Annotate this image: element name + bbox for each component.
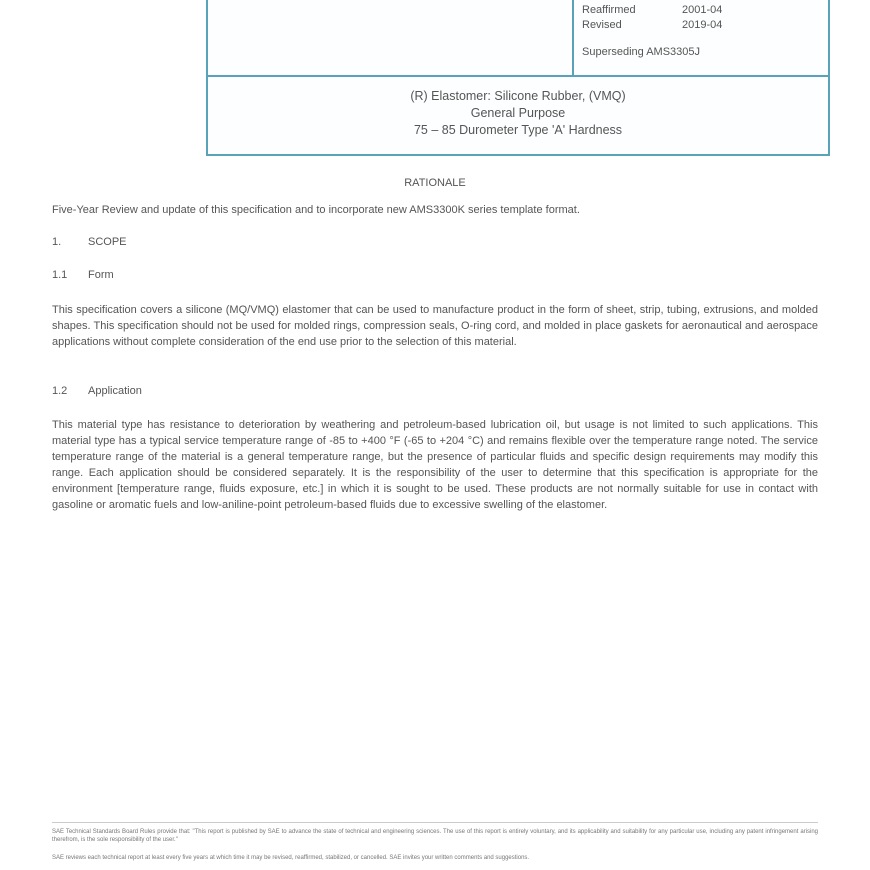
section-application-heading: 1.2Application <box>52 385 142 397</box>
section-form-text: This specification covers a silicone (MQ… <box>52 302 818 350</box>
meta-reaffirmed: Reaffirmed 2001-04 <box>582 4 722 19</box>
meta-revised: Revised 2019-04 <box>582 19 722 34</box>
footer-divider <box>52 822 818 823</box>
header-divider <box>572 0 574 75</box>
header-meta: Reaffirmed 2001-04 Revised 2019-04 Super… <box>582 4 722 58</box>
section-scope-heading: 1.SCOPE <box>52 236 127 248</box>
header-top-section <box>208 0 828 77</box>
footer-review-note: SAE reviews each technical report at lea… <box>52 854 818 862</box>
superseding-note: Superseding AMS3305J <box>582 46 722 58</box>
document-title: (R) Elastomer: Silicone Rubber, (VMQ) Ge… <box>208 88 828 139</box>
document-header-box: Reaffirmed 2001-04 Revised 2019-04 Super… <box>206 0 830 156</box>
rationale-text: Five-Year Review and update of this spec… <box>52 202 818 218</box>
section-form-heading: 1.1Form <box>52 269 114 281</box>
section-application-text: This material type has resistance to det… <box>52 417 818 513</box>
rationale-heading: RATIONALE <box>0 177 870 189</box>
footer-disclaimer: SAE Technical Standards Board Rules prov… <box>52 828 818 844</box>
